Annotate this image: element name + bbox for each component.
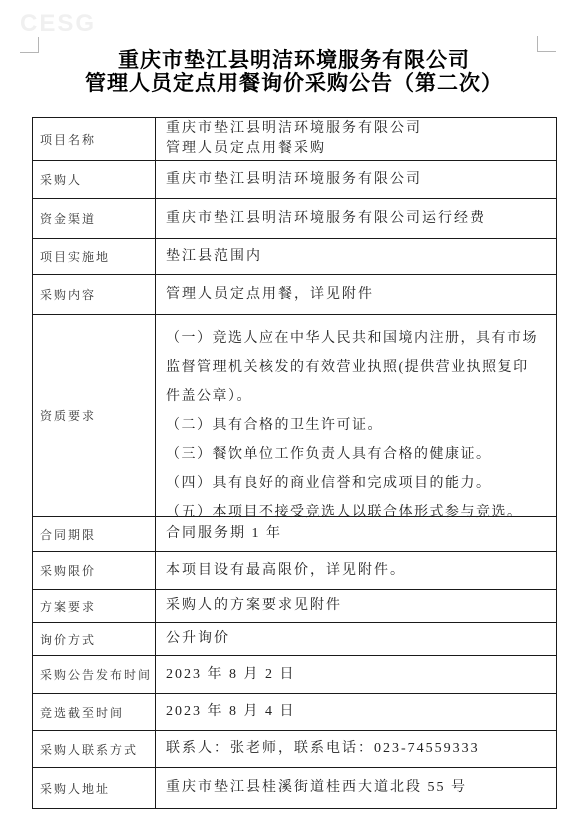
row-value: （一）竞选人应在中华人民共和国境内注册，具有市场监督管理机关核发的有效营业执照(… bbox=[156, 315, 556, 516]
row-value: 重庆市垫江县明洁环境服务有限公司运行经费 bbox=[156, 199, 556, 238]
row-value: 2023 年 8 月 2 日 bbox=[156, 656, 556, 693]
row-value: 公升询价 bbox=[156, 623, 556, 655]
row-value: 重庆市垫江县明洁环境服务有限公司 管理人员定点用餐采购 bbox=[156, 118, 556, 160]
row-value: 重庆市垫江县明洁环境服务有限公司 bbox=[156, 161, 556, 198]
table-row-procurement-content: 采购内容 管理人员定点用餐，详见附件 bbox=[33, 274, 556, 314]
row-label: 合同期限 bbox=[33, 517, 156, 551]
announcement-table: 项目名称 重庆市垫江县明洁环境服务有限公司 管理人员定点用餐采购 采购人 重庆市… bbox=[32, 117, 557, 809]
row-label: 采购人联系方式 bbox=[33, 731, 156, 767]
title-line-2: 管理人员定点用餐询价采购公告（第二次） bbox=[0, 72, 588, 95]
table-row-qualification-requirements: 资质要求 （一）竞选人应在中华人民共和国境内注册，具有市场监督管理机关核发的有效… bbox=[33, 314, 556, 516]
table-row-purchaser: 采购人 重庆市垫江县明洁环境服务有限公司 bbox=[33, 160, 556, 198]
row-value: 垫江县范围内 bbox=[156, 239, 556, 274]
table-row-plan-requirements: 方案要求 采购人的方案要求见附件 bbox=[33, 589, 556, 622]
row-value: 本项目设有最高限价，详见附件。 bbox=[156, 552, 556, 589]
table-row-contact-info: 采购人联系方式 联系人：张老师，联系电话：023-74559333 bbox=[33, 730, 556, 767]
row-label: 项目实施地 bbox=[33, 239, 156, 274]
row-value: 管理人员定点用餐，详见附件 bbox=[156, 275, 556, 314]
row-value: 重庆市垫江县桂溪街道桂西大道北段 55 号 bbox=[156, 768, 556, 808]
row-label: 采购人地址 bbox=[33, 768, 156, 808]
table-row-contract-term: 合同期限 合同服务期 1 年 bbox=[33, 516, 556, 551]
crop-mark-top-left bbox=[20, 37, 39, 53]
watermark-cesg: CESG bbox=[20, 10, 96, 38]
table-row-deadline: 竞选截至时间 2023 年 8 月 4 日 bbox=[33, 693, 556, 730]
crop-mark-top-right bbox=[537, 36, 556, 52]
row-label: 方案要求 bbox=[33, 590, 156, 622]
row-label: 项目名称 bbox=[33, 118, 156, 160]
table-row-funding-source: 资金渠道 重庆市垫江县明洁环境服务有限公司运行经费 bbox=[33, 198, 556, 238]
row-label: 询价方式 bbox=[33, 623, 156, 655]
row-label: 资金渠道 bbox=[33, 199, 156, 238]
row-label: 采购限价 bbox=[33, 552, 156, 589]
row-value: 联系人：张老师，联系电话：023-74559333 bbox=[156, 731, 556, 767]
table-row-purchaser-address: 采购人地址 重庆市垫江县桂溪街道桂西大道北段 55 号 bbox=[33, 767, 556, 808]
row-label: 采购公告发布时间 bbox=[33, 656, 156, 693]
row-value: 采购人的方案要求见附件 bbox=[156, 590, 556, 622]
row-label: 资质要求 bbox=[33, 315, 156, 516]
row-value: 2023 年 8 月 4 日 bbox=[156, 694, 556, 730]
table-row-project-name: 项目名称 重庆市垫江县明洁环境服务有限公司 管理人员定点用餐采购 bbox=[33, 118, 556, 160]
table-row-price-limit: 采购限价 本项目设有最高限价，详见附件。 bbox=[33, 551, 556, 589]
table-row-project-location: 项目实施地 垫江县范围内 bbox=[33, 238, 556, 274]
row-label: 采购人 bbox=[33, 161, 156, 198]
row-label: 采购内容 bbox=[33, 275, 156, 314]
table-row-announcement-date: 采购公告发布时间 2023 年 8 月 2 日 bbox=[33, 655, 556, 693]
row-label: 竞选截至时间 bbox=[33, 694, 156, 730]
title-line-1: 重庆市垫江县明洁环境服务有限公司 bbox=[0, 49, 588, 72]
row-value: 合同服务期 1 年 bbox=[156, 517, 556, 551]
table-row-inquiry-method: 询价方式 公升询价 bbox=[33, 622, 556, 655]
